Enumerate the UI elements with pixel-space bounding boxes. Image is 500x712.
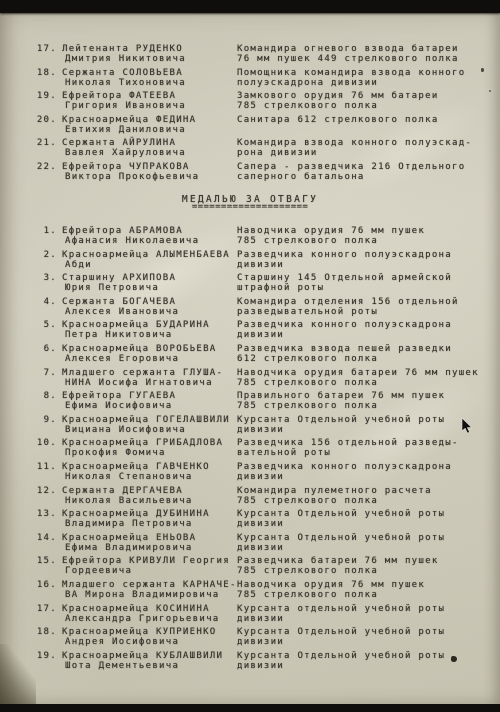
position-line-1: Командира отделения 156 отдельной bbox=[237, 297, 499, 307]
award-entry: 18. Сержанта СОЛОВЬЕВА Николая Тихонович… bbox=[0, 68, 500, 88]
recipient-rank-surname: Красноармейца ГОГЕЛАШВИЛИ bbox=[62, 415, 242, 425]
award-entry: 6. Красноармейца ВОРОБЬЕВА Алексея Егоро… bbox=[0, 344, 500, 364]
recipient-rank-surname: Ефрейтора АБРАМОВА bbox=[62, 226, 242, 236]
ink-blot bbox=[481, 68, 484, 72]
entry-number: 21. bbox=[28, 138, 57, 148]
document-page: 17. Лейтенанта РУДЕНКО Дмитрия Никитович… bbox=[0, 0, 500, 712]
entry-number: 8. bbox=[28, 391, 57, 401]
recipient-patronymic: Ефима Владимировича bbox=[65, 543, 242, 553]
award-entry: 2. Красноармейца АЛЫМЕНБАЕВА Абди Развед… bbox=[0, 250, 500, 270]
recipient-patronymic: Александра Григорьевича bbox=[65, 614, 242, 624]
ink-blot bbox=[489, 90, 491, 92]
entry-position-unit: Разведчика конного полуэскадрона дивизии bbox=[237, 250, 499, 270]
recipient-rank-surname: Красноармейца ЕНЬОВА bbox=[62, 533, 242, 543]
entry-recipient-name: Младшего сержанта ГЛУША- НИНА Иосифа Игн… bbox=[62, 368, 242, 388]
scanned-document-viewport: 17. Лейтенанта РУДЕНКО Дмитрия Никитович… bbox=[0, 0, 500, 712]
recipient-rank-surname: Старшину АРХИПОВА bbox=[62, 273, 242, 283]
recipient-rank-surname: Красноармейца ДУБИНИНА bbox=[62, 509, 242, 519]
scan-edge-top bbox=[0, 0, 500, 13]
recipient-patronymic: Гордеевича bbox=[65, 566, 242, 576]
position-line-2: рона дивизии bbox=[237, 148, 499, 158]
recipient-rank-surname: Красноармейца БУДАРИНА bbox=[62, 320, 242, 330]
entry-number: 4. bbox=[28, 297, 57, 307]
entry-number: 14. bbox=[28, 533, 57, 543]
position-line-1: Командира огневого взвода батареи bbox=[237, 44, 499, 54]
recipient-patronymic: Ефима Иосифовича bbox=[65, 401, 242, 411]
position-line-1: Разведчика батареи 76 мм пушек bbox=[237, 556, 499, 566]
entry-recipient-name: Красноармейца КУПРИЕНКО Андрея Иосифович… bbox=[62, 627, 242, 647]
section-heading: МЕДАЛЬЮ ЗА ОТВАГУ ==================== bbox=[0, 195, 500, 211]
entry-recipient-name: Красноармейца ВОРОБЬЕВА Алексея Егорович… bbox=[62, 344, 242, 364]
entry-recipient-name: Красноармейца АЛЫМЕНБАЕВА Абди bbox=[62, 250, 242, 270]
award-entry: 4. Сержанта БОГАЧЕВА Алексея Ивановича К… bbox=[0, 297, 500, 317]
award-entry: 18. Красноармейца КУПРИЕНКО Андрея Иосиф… bbox=[0, 627, 500, 647]
recipient-rank-surname: Ефрейтора ФАТЕЕВА bbox=[62, 91, 242, 101]
position-line-2: дивизии bbox=[237, 661, 499, 671]
award-entry: 19. Красноармейца КУБЛАШВИЛИ Шота Демент… bbox=[0, 651, 500, 671]
position-line-1: Старшину 145 Отдельной армейской bbox=[237, 273, 499, 283]
recipient-rank-surname: Сержанта АЙРУЛИНА bbox=[62, 138, 242, 148]
position-line-1: Наводчика орудия батареи 76 мм пушек bbox=[237, 368, 499, 378]
position-line-2: 76 мм пушек 449 стрелкового полка bbox=[237, 54, 499, 64]
position-line-1: Сапера - разведчика 216 Отдельного bbox=[237, 162, 499, 172]
entry-position-unit: Помощника командира взвода конного полуэ… bbox=[237, 68, 499, 88]
position-line-2: разведывательной роты bbox=[237, 307, 499, 317]
entry-number: 12. bbox=[28, 486, 57, 496]
entry-position-unit: Курсанта Отдельной учебной роты дивизии bbox=[237, 627, 499, 647]
entry-recipient-name: Красноармейца БУДАРИНА Петра Никитовича bbox=[62, 320, 242, 340]
entry-number: 6. bbox=[28, 344, 57, 354]
entry-number: 2. bbox=[28, 250, 57, 260]
entry-number: 22. bbox=[28, 162, 57, 172]
entry-position-unit: Замкового орудия 76 мм батареи 785 стрел… bbox=[237, 91, 499, 111]
recipient-rank-surname: Ефрейтора КРИВУЛИ Георгия bbox=[62, 556, 242, 566]
heading-underline: ==================== bbox=[0, 203, 500, 211]
recipient-rank-surname: Младшего сержанта ГЛУША- bbox=[62, 368, 242, 378]
entry-recipient-name: Ефрейтора ГУГАЕВА Ефима Иосифовича bbox=[62, 391, 242, 411]
recipient-patronymic: Алексея Егоровича bbox=[65, 354, 242, 364]
position-line-2: 785 стрелкового полка bbox=[237, 590, 499, 600]
position-line-2: дивизии bbox=[237, 543, 499, 553]
entry-recipient-name: Ефрейтора ЧУПРАКОВА Виктора Прокофьевича bbox=[62, 162, 242, 182]
recipient-patronymic: Николая Степановича bbox=[65, 472, 242, 482]
recipient-patronymic: Афанасия Николаевича bbox=[65, 236, 242, 246]
recipient-patronymic: Дмитрия Никитовича bbox=[65, 54, 242, 64]
position-line-2: 785 стрелкового полка bbox=[237, 378, 499, 388]
position-line-2: дивизии bbox=[237, 330, 499, 340]
entry-number: 19. bbox=[28, 91, 57, 101]
award-entry: 16. Младшего сержанта КАРНАЧЕ- ВА Мирона… bbox=[0, 580, 500, 600]
position-line-1: Правильного батареи 76 мм пушек bbox=[237, 391, 499, 401]
award-entry: 1. Ефрейтора АБРАМОВА Афанасия Николаеви… bbox=[0, 226, 500, 246]
position-line-2: саперного батальона bbox=[237, 172, 499, 182]
position-line-1: Замкового орудия 76 мм батареи bbox=[237, 91, 499, 101]
entry-position-unit: Командира отделения 156 отдельной развед… bbox=[237, 297, 499, 317]
entry-number: 16. bbox=[28, 580, 57, 590]
recipient-patronymic: Алексея Ивановича bbox=[65, 307, 242, 317]
position-line-2: дивизии bbox=[237, 519, 499, 529]
entry-number: 5. bbox=[28, 320, 57, 330]
recipient-patronymic: Абди bbox=[65, 260, 242, 270]
position-line-1: Курсанта отдельной учебной роты bbox=[237, 604, 499, 614]
recipient-patronymic: Петра Никитовича bbox=[65, 330, 242, 340]
entry-recipient-name: Ефрейтора АБРАМОВА Афанасия Николаевича bbox=[62, 226, 242, 246]
entry-position-unit: Наводчика орудия 76 мм пушек 785 стрелко… bbox=[237, 580, 499, 600]
position-line-1: Курсанта Отдельной учебной роты bbox=[237, 509, 499, 519]
entry-position-unit: Разведчика конного полуэскадрона дивизии bbox=[237, 462, 499, 482]
entry-position-unit: Старшину 145 Отдельной армейской штрафно… bbox=[237, 273, 499, 293]
position-line-2: 785 стрелкового полка bbox=[237, 401, 499, 411]
entry-recipient-name: Ефрейтора ФАТЕЕВА Григория Ивановича bbox=[62, 91, 242, 111]
entry-recipient-name: Красноармейца ДУБИНИНА Владимира Петрови… bbox=[62, 509, 242, 529]
entry-recipient-name: Красноармейца ЕНЬОВА Ефима Владимировича bbox=[62, 533, 242, 553]
entry-position-unit: Наводчика орудия 76 мм пушек 785 стрелко… bbox=[237, 226, 499, 246]
award-entry: 13. Красноармейца ДУБИНИНА Владимира Пет… bbox=[0, 509, 500, 529]
recipient-rank-surname: Красноармейца ВОРОБЬЕВА bbox=[62, 344, 242, 354]
position-line-1: Наводчика орудия 76 мм пушек bbox=[237, 226, 499, 236]
page-corner-shadow bbox=[0, 644, 36, 706]
position-line-2: полуэскадрона дивизии bbox=[237, 78, 499, 88]
entry-recipient-name: Красноармейца ГАВЧЕНКО Николая Степанови… bbox=[62, 462, 242, 482]
award-entry: 21. Сержанта АЙРУЛИНА Вавлея Хайруловича… bbox=[0, 138, 500, 158]
position-line-1: Разведчика конного полуэскадрона bbox=[237, 250, 499, 260]
entry-recipient-name: Старшину АРХИПОВА Юрия Петровича bbox=[62, 273, 242, 293]
recipient-rank-surname: Красноармейца АЛЫМЕНБАЕВА bbox=[62, 250, 242, 260]
award-entry: 20. Красноармейца ФЕДИНА Евтихия Данилов… bbox=[0, 115, 500, 135]
award-entry: 12. Сержанта ДЕРГАЧЕВА Николая Васильеви… bbox=[0, 486, 500, 506]
award-list-medal-za-otvagu: 1. Ефрейтора АБРАМОВА Афанасия Николаеви… bbox=[0, 226, 500, 674]
recipient-rank-surname: Красноармейца ФЕДИНА bbox=[62, 115, 242, 125]
entry-recipient-name: Сержанта АЙРУЛИНА Вавлея Хайруловича bbox=[62, 138, 242, 158]
recipient-rank-surname: Красноармейца КУПРИЕНКО bbox=[62, 627, 242, 637]
entry-number: 10. bbox=[28, 438, 57, 448]
recipient-patronymic: Юрия Петровича bbox=[65, 283, 242, 293]
position-line-1: Курсанта Отдельной учебной роты bbox=[237, 415, 499, 425]
position-line-1: Курсанта Отдельной учебной роты bbox=[237, 627, 499, 637]
entry-position-unit: Разведчика батареи 76 мм пушек 785 стрел… bbox=[237, 556, 499, 576]
recipient-rank-surname: Красноармейца КУБЛАШВИЛИ bbox=[62, 651, 242, 661]
entry-recipient-name: Красноармейца ГОГЕЛАШВИЛИ Вициана Иосифо… bbox=[62, 415, 242, 435]
recipient-patronymic: Владимира Петровича bbox=[65, 519, 242, 529]
entry-position-unit: Курсанта Отдельной учебной роты дивизии bbox=[237, 533, 499, 553]
position-line-1: Курсанта Отдельной учебной роты bbox=[237, 651, 499, 661]
entry-position-unit: Санитара 612 стрелкового полка bbox=[237, 115, 499, 125]
award-entry: 15. Ефрейтора КРИВУЛИ Георгия Гордеевича… bbox=[0, 556, 500, 576]
recipient-patronymic: ВА Мирона Владимировича bbox=[65, 590, 242, 600]
recipient-rank-surname: Лейтенанта РУДЕНКО bbox=[62, 44, 242, 54]
position-line-2: дивизии bbox=[237, 260, 499, 270]
ink-blot bbox=[451, 656, 457, 662]
award-entry: 17. Лейтенанта РУДЕНКО Дмитрия Никитович… bbox=[0, 44, 500, 64]
entry-number: 3. bbox=[28, 273, 57, 283]
recipient-patronymic: Прокофия Фомича bbox=[65, 448, 242, 458]
mouse-cursor bbox=[461, 418, 473, 434]
entry-recipient-name: Красноармейца ГРИБАДЛОВА Прокофия Фомича bbox=[62, 438, 242, 458]
recipient-rank-surname: Красноармейца ГРИБАДЛОВА bbox=[62, 438, 242, 448]
position-line-1: Командира пулеметного расчета bbox=[237, 486, 499, 496]
entry-position-unit: Правильного батареи 76 мм пушек 785 стре… bbox=[237, 391, 499, 411]
recipient-patronymic: НИНА Иосифа Игнатовича bbox=[65, 378, 242, 388]
recipient-rank-surname: Сержанта ДЕРГАЧЕВА bbox=[62, 486, 242, 496]
entry-recipient-name: Ефрейтора КРИВУЛИ Георгия Гордеевича bbox=[62, 556, 242, 576]
position-line-1: Разведчика конного полуэскадрона bbox=[237, 462, 499, 472]
position-line-2: дивизии bbox=[237, 637, 499, 647]
position-line-1: Разведчика взвода пешей разведки bbox=[237, 344, 499, 354]
position-line-2: 785 стрелкового полка bbox=[237, 566, 499, 576]
entry-recipient-name: Лейтенанта РУДЕНКО Дмитрия Никитовича bbox=[62, 44, 242, 64]
position-line-2: 785 стрелкового полка bbox=[237, 236, 499, 246]
position-line-2: штрафной роты bbox=[237, 283, 499, 293]
entry-recipient-name: Красноармейца КУБЛАШВИЛИ Шота Дементьеви… bbox=[62, 651, 242, 671]
entry-recipient-name: Красноармейца ФЕДИНА Евтихия Даниловича bbox=[62, 115, 242, 135]
entry-number: 18. bbox=[28, 627, 57, 637]
recipient-patronymic: Евтихия Даниловича bbox=[65, 125, 242, 135]
entry-number: 11. bbox=[28, 462, 57, 472]
entry-position-unit: Командира пулеметного расчета 785 стрелк… bbox=[237, 486, 499, 506]
entry-position-unit: Курсанта Отдельной учебной роты дивизии bbox=[237, 651, 499, 671]
entry-position-unit: Курсанта Отдельной учебной роты дивизии bbox=[237, 415, 499, 435]
award-entry: 9. Красноармейца ГОГЕЛАШВИЛИ Вициана Иос… bbox=[0, 415, 500, 435]
position-line-2: 785 стрелкового полка bbox=[237, 101, 499, 111]
award-entry: 3. Старшину АРХИПОВА Юрия Петровича Стар… bbox=[0, 273, 500, 293]
recipient-rank-surname: Красноармейца КОСИНИНА bbox=[62, 604, 242, 614]
award-entry: 8. Ефрейтора ГУГАЕВА Ефима Иосифовича Пр… bbox=[0, 391, 500, 411]
entry-position-unit: Командира огневого взвода батареи 76 мм … bbox=[237, 44, 499, 64]
recipient-patronymic: Николая Тихоновича bbox=[65, 78, 242, 88]
award-entry: 5. Красноармейца БУДАРИНА Петра Никитови… bbox=[0, 320, 500, 340]
recipient-rank-surname: Сержанта СОЛОВЬЕВА bbox=[62, 68, 242, 78]
entry-position-unit: Разведчика 156 отдельной разведы- ватель… bbox=[237, 438, 499, 458]
entry-position-unit: Сапера - разведчика 216 Отдельного сапер… bbox=[237, 162, 499, 182]
position-line-1: Наводчика орудия 76 мм пушек bbox=[237, 580, 499, 590]
entry-number: 15. bbox=[28, 556, 57, 566]
recipient-patronymic: Андрея Иосифовича bbox=[65, 637, 242, 647]
position-line-1: Курсанта Отдельной учебной роты bbox=[237, 533, 499, 543]
entry-recipient-name: Сержанта БОГАЧЕВА Алексея Ивановича bbox=[62, 297, 242, 317]
recipient-rank-surname: Красноармейца ГАВЧЕНКО bbox=[62, 462, 242, 472]
entry-number: 9. bbox=[28, 415, 57, 425]
award-entry: 10. Красноармейца ГРИБАДЛОВА Прокофия Фо… bbox=[0, 438, 500, 458]
position-line-1: Командира взвода конного полуэскад- bbox=[237, 138, 499, 148]
entry-number: 17. bbox=[28, 44, 57, 54]
entry-number: 20. bbox=[28, 115, 57, 125]
recipient-rank-surname: Младшего сержанта КАРНАЧЕ- bbox=[62, 580, 242, 590]
recipient-rank-surname: Ефрейтора ГУГАЕВА bbox=[62, 391, 242, 401]
entry-position-unit: Командира взвода конного полуэскад- рона… bbox=[237, 138, 499, 158]
entry-recipient-name: Красноармейца КОСИНИНА Александра Григор… bbox=[62, 604, 242, 624]
award-entry: 11. Красноармейца ГАВЧЕНКО Николая Степа… bbox=[0, 462, 500, 482]
award-entry: 17. Красноармейца КОСИНИНА Александра Гр… bbox=[0, 604, 500, 624]
recipient-rank-surname: Сержанта БОГАЧЕВА bbox=[62, 297, 242, 307]
position-line-2: дивизии bbox=[237, 614, 499, 624]
award-entry: 22. Ефрейтора ЧУПРАКОВА Виктора Прокофье… bbox=[0, 162, 500, 182]
award-entry: 19. Ефрейтора ФАТЕЕВА Григория Ивановича… bbox=[0, 91, 500, 111]
entry-number: 17. bbox=[28, 604, 57, 614]
recipient-patronymic: Николая Васильевича bbox=[65, 496, 242, 506]
entry-position-unit: Разведчика конного полуэскадрона дивизии bbox=[237, 320, 499, 340]
position-line-1: Разведчика конного полуэскадрона bbox=[237, 320, 499, 330]
position-line-2: вательной роты bbox=[237, 448, 499, 458]
position-line-1: Разведчика 156 отдельной разведы- bbox=[237, 438, 499, 448]
position-line-2: дивизии bbox=[237, 425, 499, 435]
position-line-1: Помощника командира взвода конного bbox=[237, 68, 499, 78]
award-list-previous-section: 17. Лейтенанта РУДЕНКО Дмитрия Никитович… bbox=[0, 44, 500, 186]
entry-recipient-name: Сержанта ДЕРГАЧЕВА Николая Васильевича bbox=[62, 486, 242, 506]
position-line-2: 612 стрелкового полка bbox=[237, 354, 499, 364]
position-line-2: дивизии bbox=[237, 472, 499, 482]
entry-position-unit: Наводчика орудия батареи 76 мм пушек 785… bbox=[237, 368, 499, 388]
entry-recipient-name: Младшего сержанта КАРНАЧЕ- ВА Мирона Вла… bbox=[62, 580, 242, 600]
recipient-patronymic: Виктора Прокофьевича bbox=[65, 172, 242, 182]
award-entry: 14. Красноармейца ЕНЬОВА Ефима Владимиро… bbox=[0, 533, 500, 553]
position-line-1: Санитара 612 стрелкового полка bbox=[237, 115, 499, 125]
recipient-patronymic: Вициана Иосифовича bbox=[65, 425, 242, 435]
recipient-patronymic: Вавлея Хайруловича bbox=[65, 148, 242, 158]
entry-position-unit: Разведчика взвода пешей разведки 612 стр… bbox=[237, 344, 499, 364]
entry-number: 18. bbox=[28, 68, 57, 78]
position-line-2: 785 стрелкового полка bbox=[237, 496, 499, 506]
entry-number: 1. bbox=[28, 226, 57, 236]
entry-number: 7. bbox=[28, 368, 57, 378]
entry-position-unit: Курсанта отдельной учебной роты дивизии bbox=[237, 604, 499, 624]
recipient-rank-surname: Ефрейтора ЧУПРАКОВА bbox=[62, 162, 242, 172]
recipient-patronymic: Шота Дементьевича bbox=[65, 661, 242, 671]
recipient-patronymic: Григория Ивановича bbox=[65, 101, 242, 111]
scan-edge-bottom bbox=[0, 704, 500, 712]
entry-number: 13. bbox=[28, 509, 57, 519]
entry-position-unit: Курсанта Отдельной учебной роты дивизии bbox=[237, 509, 499, 529]
entry-recipient-name: Сержанта СОЛОВЬЕВА Николая Тихоновича bbox=[62, 68, 242, 88]
award-entry: 7. Младшего сержанта ГЛУША- НИНА Иосифа … bbox=[0, 368, 500, 388]
